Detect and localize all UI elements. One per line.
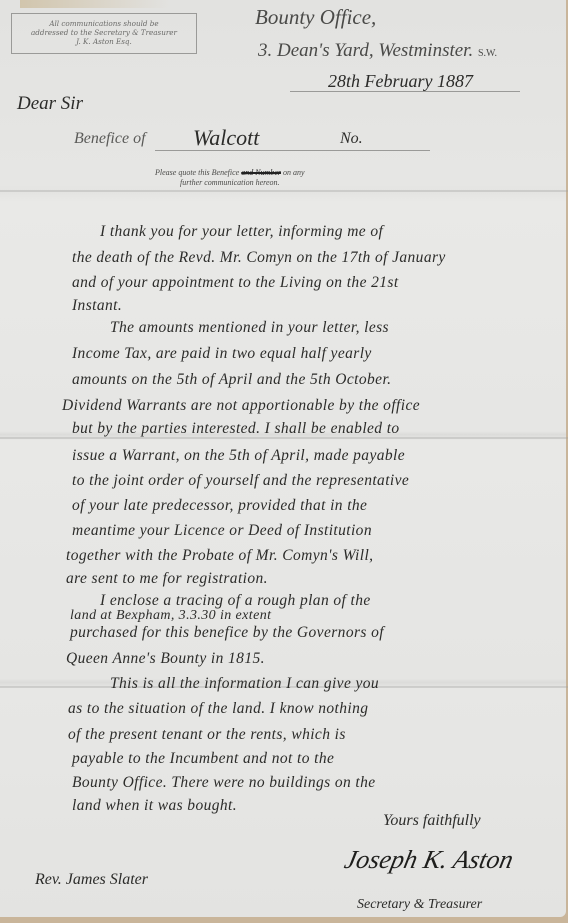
office-name: Bounty Office,	[255, 5, 376, 30]
body-line: land at Bexpham, 3.3.30 in extent	[70, 608, 271, 624]
notice-line: J. K. Aston Esq.	[12, 37, 196, 46]
struck-text: and Number	[241, 168, 281, 177]
body-line: the death of the Revd. Mr. Comyn on the …	[72, 249, 446, 267]
body-line: to the joint order of yourself and the r…	[72, 472, 409, 490]
body-line: of your late predecessor, provided that …	[72, 497, 367, 515]
body-line: payable to the Incumbent and not to the	[72, 750, 334, 768]
benefice-number-mark: No.	[340, 130, 363, 148]
body-line: meantime your Licence or Deed of Institu…	[72, 522, 372, 540]
closing: Yours faithfully	[383, 812, 481, 830]
body-line: together with the Probate of Mr. Comyn's…	[66, 547, 373, 565]
signature-title: Secretary & Treasurer	[357, 897, 482, 913]
body-line: issue a Warrant, on the 5th of April, ma…	[72, 447, 405, 465]
body-line: land when it was bought.	[72, 797, 237, 815]
body-line: are sent to me for registration.	[66, 570, 268, 588]
quote-note-text: Please quote this Benefice	[155, 168, 241, 177]
address-suffix: S.W.	[478, 48, 497, 59]
body-line: amounts on the 5th of April and the 5th …	[72, 371, 391, 389]
date-rule	[290, 91, 520, 92]
letterhead-notice-box: All communications should be addressed t…	[11, 13, 197, 54]
body-line: and of your appointment to the Living on…	[72, 274, 399, 292]
body-line: This is all the information I can give y…	[110, 675, 379, 693]
notice-line: All communications should be	[12, 19, 196, 28]
quote-note-line-1: Please quote this Benefice and Number on…	[155, 168, 305, 178]
fold-line	[0, 190, 568, 192]
benefice-label: Benefice of	[74, 130, 146, 148]
addressee: Rev. James Slater	[35, 871, 148, 889]
body-line: of the present tenant or the rents, whic…	[68, 726, 346, 744]
benefice-name: Walcott	[193, 125, 259, 151]
office-address: 3. Dean's Yard, Westminster. S.W.	[258, 40, 497, 62]
salutation: Dear Sir	[17, 93, 83, 115]
body-line: as to the situation of the land. I know …	[68, 700, 368, 718]
letter-date: 28th February 1887	[328, 71, 473, 92]
body-line: Dividend Warrants are not apportionable …	[62, 397, 420, 415]
paper-edge-shadow	[20, 0, 170, 8]
body-line: Queen Anne's Bounty in 1815.	[66, 650, 265, 668]
signature: Joseph K. Aston	[342, 845, 516, 875]
quote-note: Please quote this Benefice and Number on…	[155, 168, 305, 188]
quote-note-text: on any	[281, 168, 305, 177]
body-line: Income Tax, are paid in two equal half y…	[72, 345, 372, 363]
quote-note-line-2: further communication hereon.	[155, 178, 305, 188]
address-text: 3. Dean's Yard, Westminster.	[258, 40, 473, 61]
body-line: but by the parties interested. I shall b…	[72, 420, 400, 438]
notice-line: addressed to the Secretary & Treasurer	[12, 28, 196, 37]
body-line: purchased for this benefice by the Gover…	[70, 624, 384, 642]
body-line: I thank you for your letter, informing m…	[100, 223, 383, 241]
body-line: The amounts mentioned in your letter, le…	[110, 319, 389, 337]
body-line: Instant.	[72, 297, 122, 315]
body-line: Bounty Office. There were no buildings o…	[72, 774, 376, 792]
